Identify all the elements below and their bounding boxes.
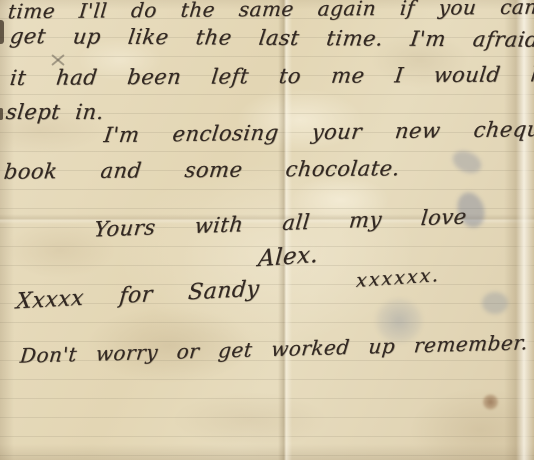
blue-ink-smudge: [482, 292, 508, 314]
scanned-letter-page: time I'll do the same again if you can g…: [0, 0, 534, 460]
brown-stain-spot: [482, 394, 499, 410]
handwritten-body-line: it had been left to me I would have: [9, 62, 534, 90]
left-edge-mark: [0, 108, 3, 120]
signature: Alex.: [257, 242, 319, 272]
left-edge-mark: [0, 20, 4, 44]
handwritten-body-line: book and some chocolate.: [3, 156, 402, 183]
handwritten-body-line: get up like the last time. I'm afraid if: [8, 24, 534, 52]
handwritten-body-line: slept in.: [5, 100, 105, 124]
